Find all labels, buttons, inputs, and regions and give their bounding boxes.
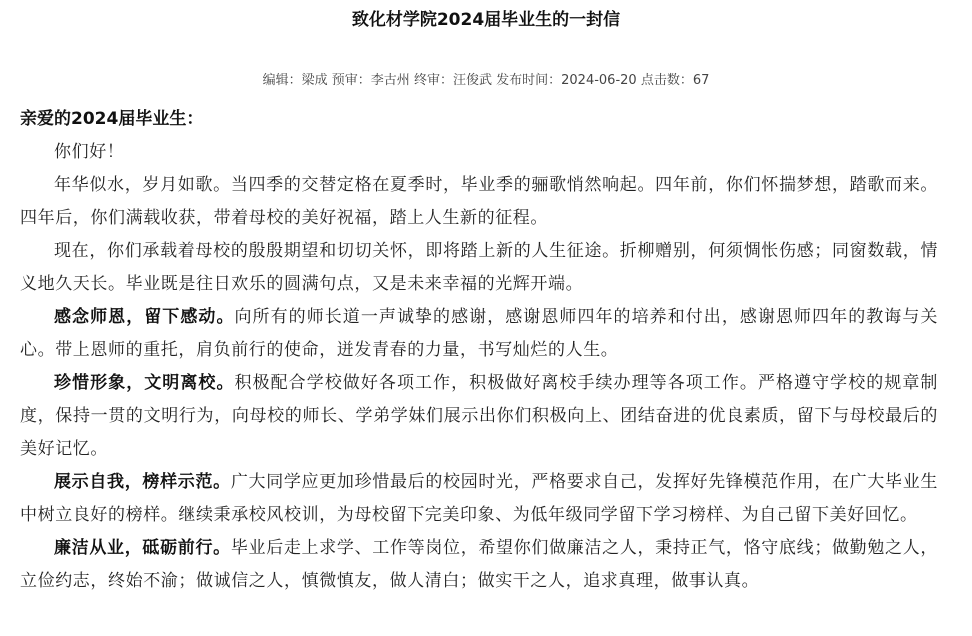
paragraph-conduct: 珍惜形象，文明离校。积极配合学校做好各项工作，积极做好离校手续办理等各项工作。严… <box>20 367 938 466</box>
publish-label: 发布时间： <box>496 73 561 88</box>
paragraph-heading: 珍惜形象，文明离校。 <box>54 373 235 393</box>
paragraph-integrity: 廉洁从业，砥砺前行。毕业后走上求学、工作等岗位，希望你们做廉洁之人，秉持正气，恪… <box>20 532 938 598</box>
paragraph-intro: 年华似水，岁月如歌。当四季的交替定格在夏季时，毕业季的骊歌悄然响起。四年前，你们… <box>20 169 938 235</box>
paragraph-text: 现在，你们承载着母校的殷殷期望和切切关怀，即将踏上新的人生征途。折柳赠别，何须惆… <box>20 241 938 294</box>
salutation: 亲爱的2024届毕业生： <box>20 103 938 136</box>
prereview-label: 预审： <box>332 73 371 88</box>
paragraph-heading: 廉洁从业，砥砺前行。 <box>54 538 231 558</box>
paragraph-heading: 展示自我，榜样示范。 <box>54 472 231 492</box>
finalreview-name: 汪俊武 <box>453 73 492 88</box>
editor-name: 梁成 <box>302 73 328 88</box>
paragraph-gratitude: 感念师恩，留下感动。向所有的师长道一声诚挚的感谢，感谢恩师四年的培养和付出，感谢… <box>20 301 938 367</box>
prereview-name: 李古州 <box>371 73 410 88</box>
finalreview-label: 终审： <box>414 73 453 88</box>
article-meta: 编辑：梁成 预审：李古州 终审：汪俊武 发布时间：2024-06-20 点击数：… <box>0 72 972 90</box>
publish-date: 2024-06-20 <box>561 73 637 88</box>
clicks-label: 点击数： <box>641 73 693 88</box>
paragraph-text: 年华似水，岁月如歌。当四季的交替定格在夏季时，毕业季的骊歌悄然响起。四年前，你们… <box>20 175 938 228</box>
paragraph-heading: 感念师恩，留下感动。 <box>54 307 235 327</box>
paragraph-now: 现在，你们承载着母校的殷殷期望和切切关怀，即将踏上新的人生征途。折柳赠别，何须惆… <box>20 235 938 301</box>
paragraph-text: 你们好！ <box>54 142 124 162</box>
article-body: 亲爱的2024届毕业生： 你们好！ 年华似水，岁月如歌。当四季的交替定格在夏季时… <box>20 103 938 598</box>
paragraph-greeting: 你们好！ <box>20 136 938 169</box>
article-title: 致化材学院2024届毕业生的一封信 <box>0 8 972 32</box>
paragraph-role-model: 展示自我，榜样示范。广大同学应更加珍惜最后的校园时光，严格要求自己，发挥好先锋模… <box>20 466 938 532</box>
click-count: 67 <box>693 73 710 88</box>
editor-label: 编辑： <box>263 73 302 88</box>
